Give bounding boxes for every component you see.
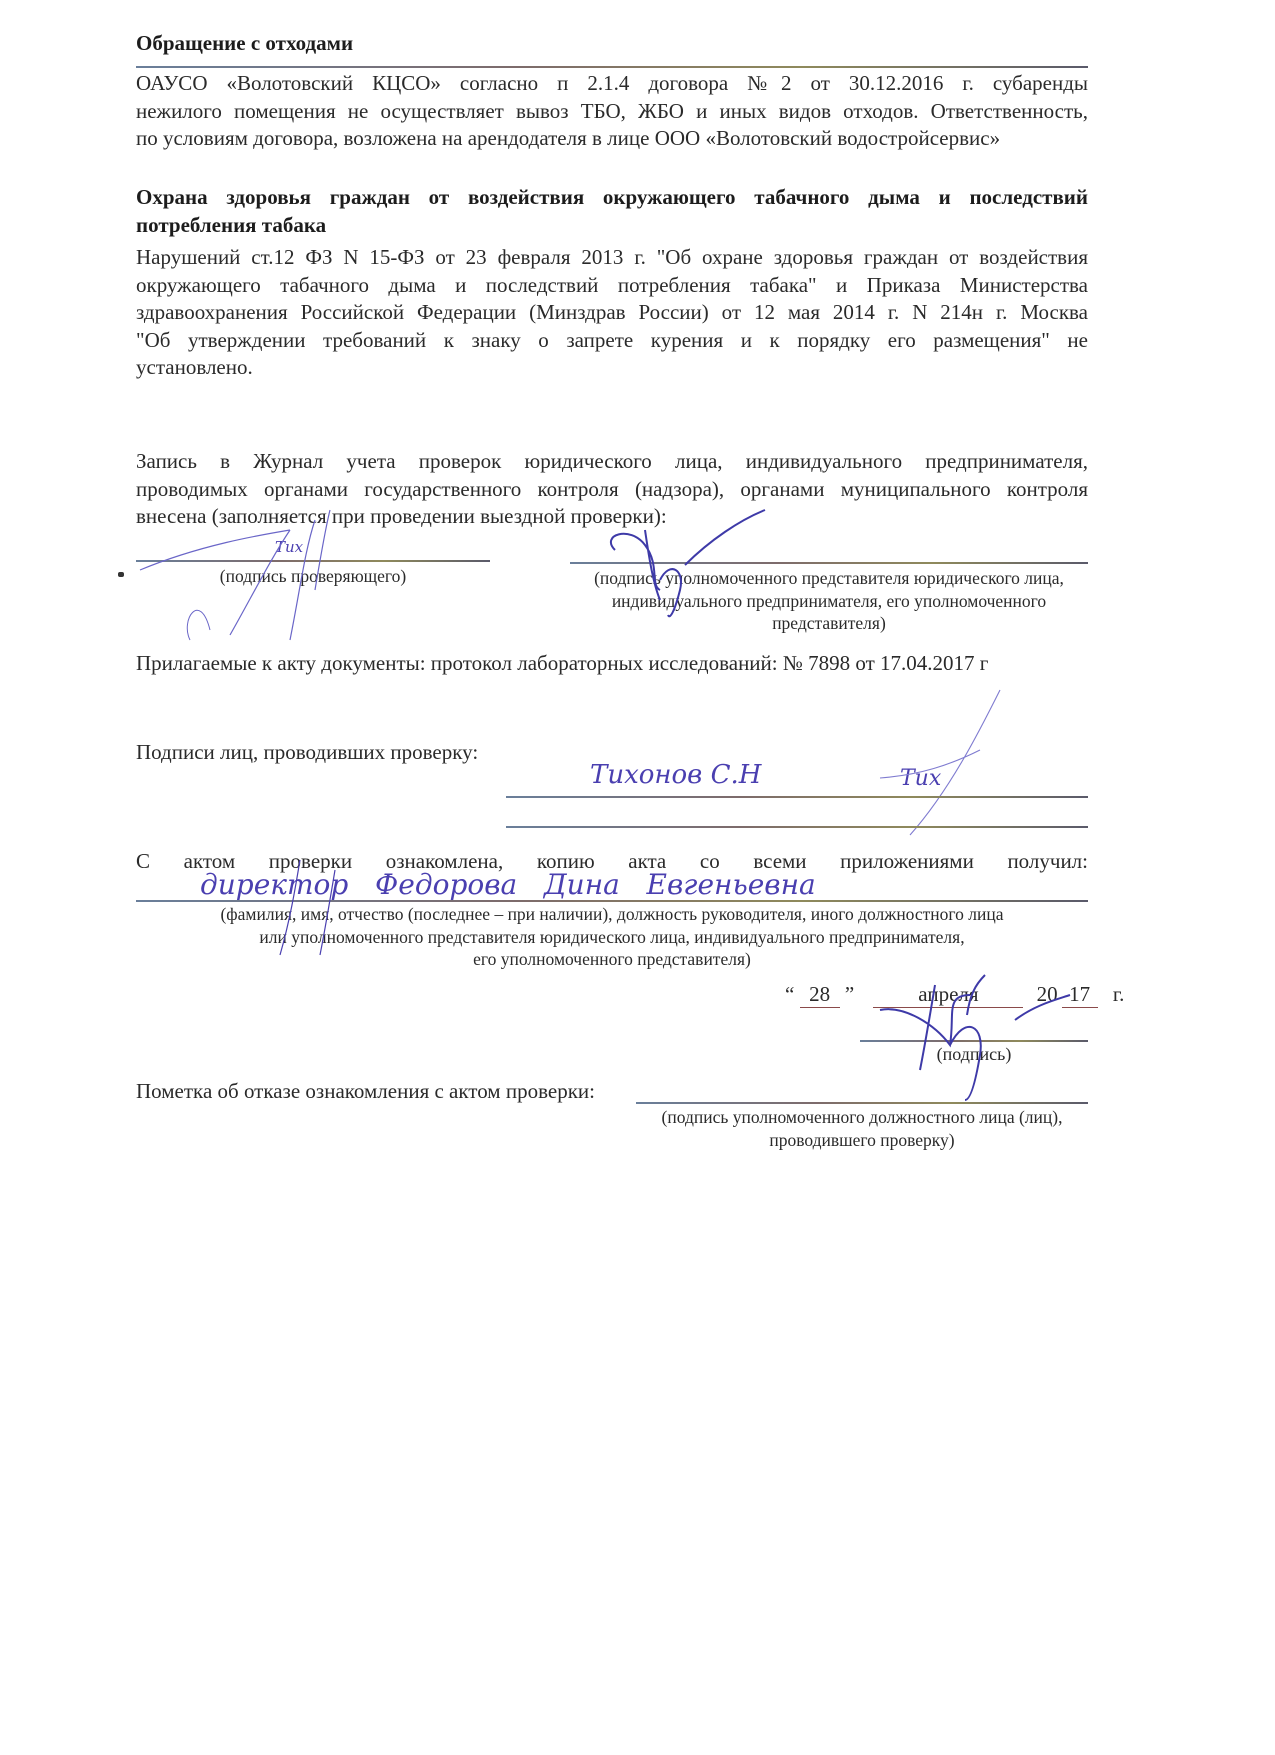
inspector-signature-line-1[interactable] (506, 796, 1088, 798)
text-line: нежилого помещения не осуществляет вывоз… (136, 98, 1088, 126)
text-line: проводимых органами государственного кон… (136, 476, 1088, 504)
caption-line: (подпись уполномоченного должностного ли… (636, 1106, 1088, 1129)
divider (136, 66, 1088, 68)
refusal-note-label: Пометка об отказе ознакомления с актом п… (136, 1078, 595, 1106)
paragraph-waste: ОАУСО «Волотовский КЦСО» согласно п 2.1.… (136, 70, 1088, 153)
text-line: окружающего табачного дыма и последствий… (136, 272, 1088, 300)
recipient-signature-line[interactable] (860, 1040, 1088, 1042)
text-line: по условиям договора, возложена на аренд… (136, 125, 1088, 153)
attachments-text: Прилагаемые к акту документы: протокол л… (136, 650, 1096, 678)
caption-line: (подпись уполномоченного представителя ю… (570, 567, 1088, 590)
representative-signature-caption: (подпись уполномоченного представителя ю… (570, 567, 1088, 635)
date-open-quote: “ (785, 982, 794, 1006)
date-day[interactable]: 28 (800, 982, 840, 1008)
scan-speck (118, 572, 124, 577)
text-line: Запись в Журнал учета проверок юридическ… (136, 448, 1088, 476)
text-line: ОАУСО «Волотовский КЦСО» согласно п 2.1.… (136, 70, 1088, 98)
recipient-signature-caption: (подпись) (860, 1043, 1088, 1066)
date-month[interactable]: апреля (873, 982, 1023, 1008)
caption-line: индивидуального предпринимателя, его упо… (570, 590, 1088, 613)
caption-line: (фамилия, имя, отчество (последнее – при… (136, 903, 1088, 926)
caption-line: его уполномоченного представителя) (136, 948, 1088, 971)
date-year-unit: г. (1113, 982, 1125, 1006)
inspectors-signatures-label: Подписи лиц, проводивших проверку: (136, 739, 478, 767)
date-close-quote: ” (845, 982, 854, 1006)
date-year-suffix[interactable]: 17 (1062, 982, 1098, 1008)
inspector-signature-line[interactable] (136, 560, 490, 562)
paragraph-journal: Запись в Журнал учета проверок юридическ… (136, 448, 1088, 531)
inspector-signature-text: Тих (275, 538, 303, 556)
text-line: внесена (заполняется при проведении выез… (136, 503, 1088, 531)
recipient-handwritten: директор Федорова Дина Евгеньевна (200, 868, 816, 901)
date-row: “ 28 ” апреля 2017 г. (785, 982, 1124, 1008)
text-line: "Об утверждении требований к знаку о зап… (136, 327, 1088, 355)
heading-line: Охрана здоровья граждан от воздействия о… (136, 184, 1088, 212)
inspector-name-handwritten: Тихонов С.Н (590, 760, 761, 790)
recipient-caption: (фамилия, имя, отчество (последнее – при… (136, 903, 1088, 971)
paragraph-tobacco: Нарушений ст.12 ФЗ N 15-ФЗ от 23 февраля… (136, 244, 1088, 382)
text-line: Нарушений ст.12 ФЗ N 15-ФЗ от 23 февраля… (136, 244, 1088, 272)
inspector-signature-caption: (подпись проверяющего) (136, 565, 490, 588)
inspector-sig-handwritten: Тих (900, 766, 941, 791)
recipient-line[interactable] (136, 900, 1088, 902)
heading-line: потребления табака (136, 212, 1088, 240)
heading-waste: Обращение с отходами (136, 30, 353, 58)
text-line: установлено. (136, 354, 1088, 382)
heading-tobacco: Охрана здоровья граждан от воздействия о… (136, 184, 1088, 239)
inspector-signature-stroke (880, 690, 1020, 840)
caption-line: или уполномоченного представителя юридич… (136, 926, 1088, 949)
caption-line: представителя) (570, 612, 1088, 635)
text-line: здравоохранения Российской Федерации (Ми… (136, 299, 1088, 327)
caption-line: проводившего проверку) (636, 1129, 1088, 1152)
inspector-signature-line-2[interactable] (506, 826, 1088, 828)
refusal-caption: (подпись уполномоченного должностного ли… (636, 1106, 1088, 1151)
refusal-signature-line[interactable] (636, 1102, 1088, 1104)
representative-signature-line[interactable] (570, 562, 1088, 564)
date-year-prefix: 20 (1037, 982, 1058, 1006)
